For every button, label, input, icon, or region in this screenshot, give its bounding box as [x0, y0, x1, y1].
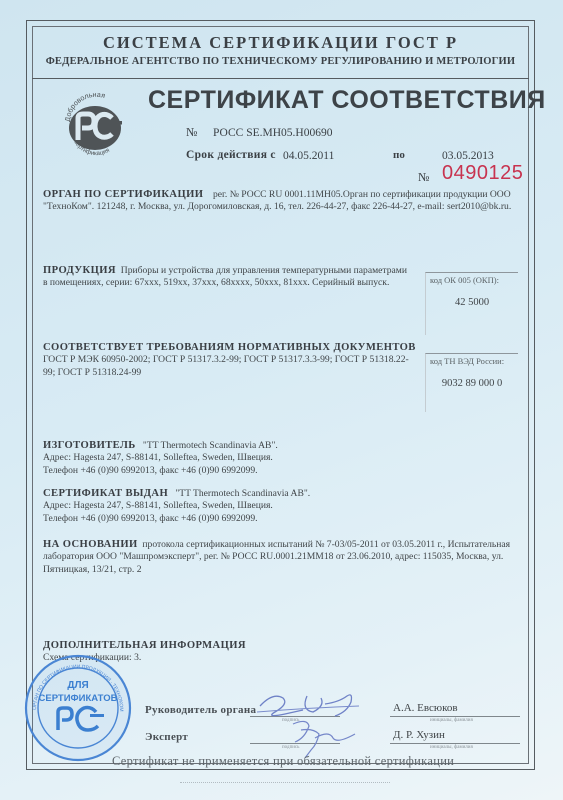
- issued-to-address: Адрес: Hagesta 247, S-88141, Solleftea, …: [43, 500, 513, 512]
- manufacturer-heading: ИЗГОТОВИТЕЛЬ: [43, 440, 136, 451]
- product-section: ПРОДУКЦИЯ Приборы и устройства для управ…: [43, 265, 413, 290]
- manufacturer-name: "TT Thermotech Scandinavia AB".: [143, 440, 278, 451]
- expert-name-hint: инициалы, фамилия: [430, 745, 473, 750]
- tnved-code-label: код ТН ВЭД России:: [426, 356, 518, 366]
- issued-to-heading: СЕРТИФИКАТ ВЫДАН: [43, 488, 168, 499]
- stamp-line1: ДЛЯ: [67, 680, 88, 691]
- validity-to: 03.05.2013: [442, 150, 494, 162]
- manufacturer-phone: Телефон +46 (0)90 6992013, факс +46 (0)9…: [43, 465, 513, 477]
- basis-heading: НА ОСНОВАНИИ: [43, 539, 138, 550]
- system-title: СИСТЕМА СЕРТИФИКАЦИИ ГОСТ Р: [32, 33, 529, 53]
- head-name: А.А. Евсюков: [393, 702, 458, 714]
- number-label: №: [186, 125, 197, 140]
- serial-number: 0490125: [442, 162, 523, 185]
- tnved-code-box: код ТН ВЭД России: 9032 89 000 0: [425, 353, 518, 412]
- rst-voluntary-certification-logo: Добровольная сертификация: [60, 90, 130, 162]
- manufacturer-address: Адрес: Hagesta 247, S-88141, Solleftea, …: [43, 452, 513, 464]
- head-role-label: Руководитель органа: [145, 704, 256, 716]
- head-name-hint: инициалы, фамилия: [430, 718, 473, 723]
- conformity-text: ГОСТ Р МЭК 60950-2002; ГОСТ Р 51317.3.2-…: [43, 354, 413, 379]
- manufacturer-section: ИЗГОТОВИТЕЛЬ "TT Thermotech Scandinavia …: [43, 440, 513, 477]
- issued-to-name: "TT Thermotech Scandinavia AB".: [175, 488, 310, 499]
- tnved-code-value: 9032 89 000 0: [426, 378, 518, 389]
- conformity-section: СООТВЕТСТВУЕТ ТРЕБОВАНИЯМ НОРМАТИВНЫХ ДО…: [43, 342, 413, 379]
- printer-imprint: [180, 782, 390, 786]
- expert-name-line: [390, 743, 520, 744]
- certification-body-heading: ОРГАН ПО СЕРТИФИКАЦИИ: [43, 189, 203, 200]
- validity-from: 04.05.2011: [283, 150, 334, 162]
- certificate-number: РОСС SE.МН05.Н00690: [213, 127, 332, 139]
- stamp-line2: СЕРТИФИКАТОВ: [39, 693, 118, 704]
- validity-label: Срок действия с: [186, 149, 276, 161]
- agency-title: ФЕДЕРАЛЬНОЕ АГЕНТСТВО ПО ТЕХНИЧЕСКОМУ РЕ…: [32, 56, 529, 67]
- certification-stamp: ОРГАН ПО СЕРТИФИКАЦИИ ПРОДУКЦИИ · ТЕХНОК…: [22, 650, 134, 765]
- certificate-title: СЕРТИФИКАТ СООТВЕТСТВИЯ: [148, 86, 546, 115]
- validity-to-label: по: [393, 149, 405, 161]
- issued-to-phone: Телефон +46 (0)90 6992013, факс +46 (0)9…: [43, 513, 513, 525]
- okp-code-box: код ОК 005 (ОКП): 42 5000: [425, 272, 518, 335]
- certification-body-section: ОРГАН ПО СЕРТИФИКАЦИИ рег. № РОСС RU 000…: [43, 189, 523, 214]
- conformity-heading: СООТВЕТСТВУЕТ ТРЕБОВАНИЯМ НОРМАТИВНЫХ ДО…: [43, 342, 413, 354]
- okp-code-value: 42 5000: [426, 297, 518, 308]
- okp-code-label: код ОК 005 (ОКП):: [426, 275, 518, 285]
- basis-section: НА ОСНОВАНИИ протокола сертификационных …: [43, 539, 518, 576]
- footer-note: Сертификат не применяется при обязательн…: [112, 754, 454, 769]
- head-name-line: [390, 716, 520, 717]
- expert-name: Д. Р. Хузин: [393, 729, 445, 741]
- product-heading: ПРОДУКЦИЯ: [43, 265, 116, 276]
- issued-to-section: СЕРТИФИКАТ ВЫДАН "TT Thermotech Scandina…: [43, 488, 513, 525]
- serial-label: №: [418, 170, 429, 185]
- expert-role-label: Эксперт: [145, 731, 188, 743]
- header-divider: [32, 78, 529, 79]
